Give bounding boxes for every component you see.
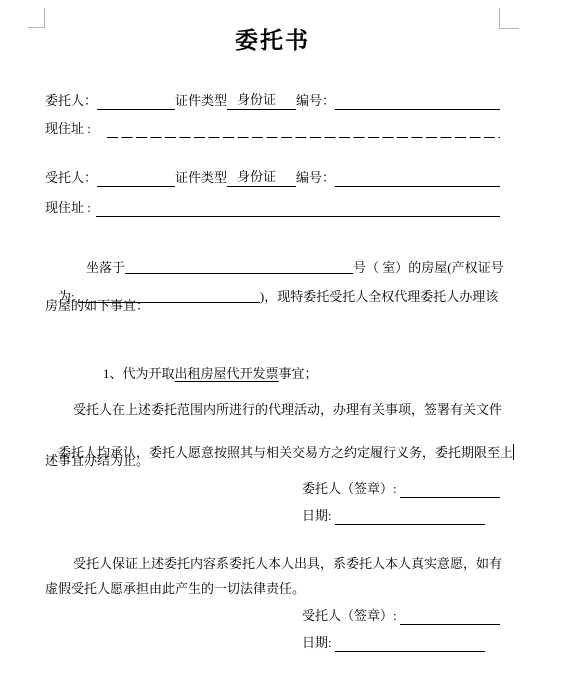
agency-clause-line-1: 受托人在上述委托范围内所进行的代理活动，办理有关事项，签署有关文件 [73, 401, 502, 419]
agent-doc-type-label: 证件类型 [175, 169, 227, 187]
agent-address-row: 现住址 : [45, 199, 500, 217]
principal-address-blank [107, 121, 500, 138]
principal-signature-blank [400, 480, 500, 498]
authorized-item-1: 1、代为开取出租房屋代开发票事宜； [90, 347, 318, 401]
principal-number-blank [335, 92, 500, 110]
agent-address-label: 现住址 : [45, 199, 91, 217]
principal-doc-type-value: 身份证 [227, 91, 296, 110]
principal-name-label: 委托人： [45, 92, 97, 110]
agent-doc-type-value: 身份证 [227, 168, 296, 187]
agent-info-row: 受托人： 证件类型 身份证 编号： [45, 169, 500, 187]
principal-date-blank [335, 507, 485, 525]
agent-name-blank [97, 169, 175, 187]
location-line-3: 房屋的如下事宜： [45, 297, 149, 315]
guarantee-clause-line-2: 虚假受托人愿承担由此产生的一切法律责任。 [45, 580, 305, 598]
agent-address-blank [96, 199, 500, 217]
principal-signature-row: 委托人（签章）: [302, 480, 500, 498]
agency-clause-line-3: 述事宜办结为止。 [45, 452, 149, 470]
principal-date-row: 日期: [302, 507, 500, 525]
principal-date-label: 日期: [302, 507, 335, 525]
agent-number-blank [335, 169, 500, 187]
agent-date-label: 日期: [302, 634, 335, 652]
principal-doc-type-label: 证件类型 [175, 92, 227, 110]
principal-address-row: 现住址 : [45, 120, 500, 138]
text-caret [513, 444, 514, 460]
principal-address-label: 现住址 : [45, 120, 91, 138]
agent-signature-blank [400, 607, 500, 625]
agent-date-blank [335, 634, 485, 652]
agent-name-label: 受托人： [45, 169, 97, 187]
agent-signature-row: 受托人（签章）: [302, 607, 500, 625]
item1-prefix: 1、代为开取 [103, 366, 175, 381]
principal-signature-label: 委托人（签章）: [302, 480, 400, 498]
item1-suffix: 事宜； [279, 366, 318, 381]
principal-name-blank [97, 92, 175, 110]
document-title: 委托书 [45, 26, 500, 56]
agent-date-row: 日期: [302, 634, 500, 652]
principal-number-label: 编号： [296, 92, 335, 110]
agent-number-label: 编号： [296, 169, 335, 187]
guarantee-clause-line-1: 受托人保证上述委托内容系委托人本人出具，系委托人本人真实意愿，如有 [73, 555, 502, 573]
margin-crop-mark-top-left-horizontal [28, 27, 45, 28]
agent-signature-label: 受托人（签章）: [302, 607, 400, 625]
document-page[interactable]: 委托书 委托人： 证件类型 身份证 编号： 现住址 : 受托人： 证件类型 身份… [0, 0, 563, 688]
margin-crop-mark-top-right-horizontal [499, 28, 519, 29]
margin-crop-mark-top-left-vertical [44, 8, 45, 28]
location-line2-suffix: )，现特委托受托人全权代理委托人办理该 [260, 289, 498, 304]
principal-info-row: 委托人： 证件类型 身份证 编号： [45, 92, 500, 110]
item1-underlined-text: 出租房屋代开发票 [175, 366, 279, 381]
